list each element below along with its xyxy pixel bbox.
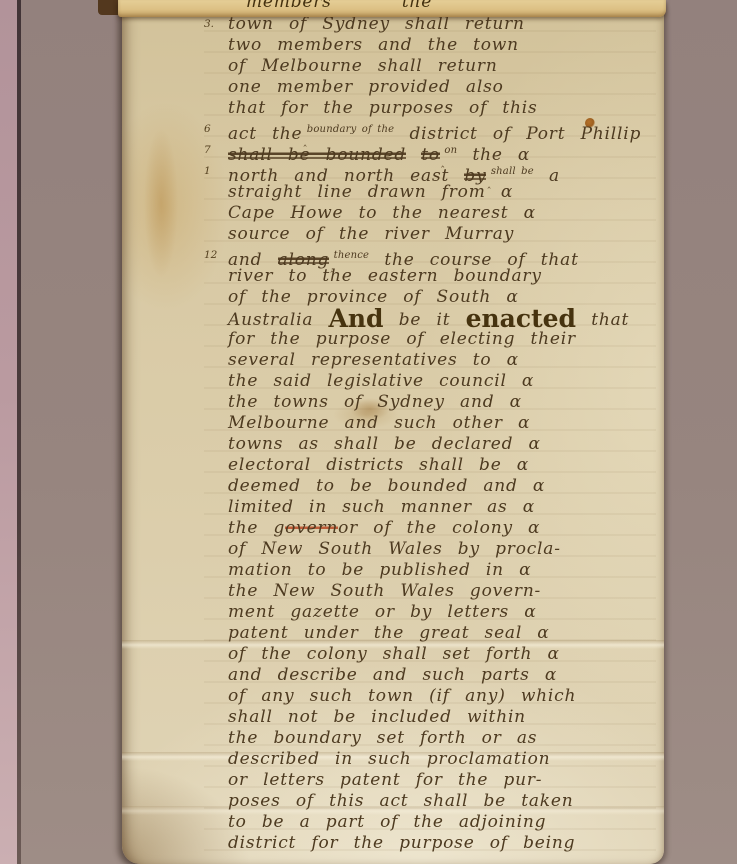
manuscript-line: 7shall be bounded to‸on the ɑ [204, 140, 656, 161]
line-text: straight line drawn from ɑ [228, 182, 656, 203]
margin-number: 1 [204, 164, 226, 178]
line-text-run: the g [228, 518, 285, 538]
line-text-run: several representatives to ɑ [228, 350, 519, 370]
manuscript-line: source of the river Murray [204, 224, 656, 245]
line-text-run: of the colony shall set forth ɑ [228, 644, 560, 664]
manuscript-line: 1north and north east by‸shall be a [204, 161, 656, 182]
manuscript-line: poses of this act shall be taken [204, 791, 656, 812]
line-text: electoral districts shall be ɑ [228, 455, 656, 476]
margin-number: 12 [204, 248, 226, 262]
manuscript-line: limited in such manner as ɑ [204, 497, 656, 518]
fold-partial-line: members the [246, 0, 432, 13]
line-text: poses of this act shall be taken [228, 791, 656, 812]
manuscript-line: one member provided also [204, 77, 656, 98]
line-text-run: of any such town (if any) which [228, 686, 576, 706]
line-text-run: Australia [228, 310, 328, 330]
line-text-run: patent under the great seal ɑ [228, 623, 550, 643]
line-text: the governor of the colony ɑ [228, 518, 656, 539]
line-text: limited in such manner as ɑ [228, 497, 656, 518]
manuscript-line: the governor of the colony ɑ [204, 518, 656, 539]
manuscript-line: Cape Howe to the nearest ɑ [204, 203, 656, 224]
line-text-run: ment gazette or by letters ɑ [228, 602, 537, 622]
manuscript-line: patent under the great seal ɑ [204, 623, 656, 644]
manuscript-line: that for the purposes of this [204, 98, 656, 119]
line-text: mation to be published in ɑ [228, 560, 656, 581]
interlinear-insertion: boundary of the [307, 124, 395, 135]
line-text-run: or of the colony ɑ [338, 518, 540, 538]
line-text: and describe and such parts ɑ [228, 665, 656, 686]
line-text: the New South Wales govern- [228, 581, 656, 602]
margin-number: 3. [204, 17, 226, 31]
line-text: of Melbourne shall return [228, 56, 656, 77]
manuscript-line: river to the eastern boundary [204, 266, 656, 287]
line-text-run: limited in such manner as ɑ [228, 497, 535, 517]
line-text-run: town of Sydney shall return [228, 14, 525, 34]
manuscript-line: and describe and such parts ɑ [204, 665, 656, 686]
manuscript-line: several representatives to ɑ [204, 350, 656, 371]
line-text: ment gazette or by letters ɑ [228, 602, 656, 623]
manuscript-line: ment gazette or by letters ɑ [204, 602, 656, 623]
manuscript-line: for the purpose of electing their [204, 329, 656, 350]
interlinear-insertion: shall be [491, 166, 534, 177]
line-text: river to the eastern boundary [228, 266, 656, 287]
line-text: of any such town (if any) which [228, 686, 656, 707]
manuscript-line: of New South Wales by procla- [204, 539, 656, 560]
line-text-run: be it [384, 310, 466, 330]
line-text: Melbourne and such other ɑ [228, 413, 656, 434]
line-text-run: the said legislative council ɑ [228, 371, 534, 391]
interlinear-insertion: on [444, 145, 457, 156]
line-text-run: towns as shall be declared ɑ [228, 434, 541, 454]
line-text: two members and the town [228, 35, 656, 56]
line-text: several representatives to ɑ [228, 350, 656, 371]
line-text-run: that [576, 310, 629, 330]
line-text: Australia And be it enacted that [228, 308, 656, 331]
red-struck-text: overn [285, 518, 338, 538]
manuscript-line: straight line drawn from ɑ [204, 182, 656, 203]
manuscript-line: deemed to be bounded and ɑ [204, 476, 656, 497]
line-text: towns as shall be declared ɑ [228, 434, 656, 455]
line-text-run: Cape Howe to the nearest ɑ [228, 203, 536, 223]
manuscript-line: shall not be included within [204, 707, 656, 728]
line-text-run: electoral districts shall be ɑ [228, 455, 529, 475]
manuscript-line: of any such town (if any) which [204, 686, 656, 707]
manuscript-line: Australia And be it enacted that [204, 308, 656, 329]
line-text-run: shall not be included within [228, 707, 526, 727]
line-text: the towns of Sydney and ɑ [228, 392, 656, 413]
manuscript-line: to be a part of the adjoining [204, 812, 656, 833]
manuscript-line: mation to be published in ɑ [204, 560, 656, 581]
manuscript-line: or letters patent for the pur- [204, 770, 656, 791]
line-text-run: mation to be published in ɑ [228, 560, 531, 580]
interlinear-insertion: thence [334, 250, 370, 261]
line-text-run: source of the river Murray [228, 224, 514, 244]
line-text-run: straight line drawn from ɑ [228, 182, 513, 202]
line-text-run: two members and the town [228, 35, 519, 55]
line-text: shall not be included within [228, 707, 656, 728]
manuscript-lines: 3.town of Sydney shall returntwo members… [204, 14, 656, 854]
parchment-fold-strip: members the [118, 0, 666, 17]
line-text-run: to be a part of the adjoining [228, 812, 546, 832]
manuscript-line: district for the purpose of being [204, 833, 656, 854]
line-text-run: the boundary set forth or as [228, 728, 537, 748]
line-text-run: the New South Wales govern- [228, 581, 541, 601]
margin-number: 6 [204, 122, 226, 136]
manuscript-line: 6act the‸boundary of the district of Por… [204, 119, 656, 140]
manuscript-line: of Melbourne shall return [204, 56, 656, 77]
manuscript-line: two members and the town [204, 35, 656, 56]
line-text-run: river to the eastern boundary [228, 266, 542, 286]
mat-edge-strip [0, 0, 17, 864]
line-text-run: described in such proclamation [228, 749, 550, 769]
line-text: deemed to be bounded and ɑ [228, 476, 656, 497]
manuscript-line: described in such proclamation [204, 749, 656, 770]
manuscript-line: of the province of South ɑ [204, 287, 656, 308]
margin-number: 7 [204, 143, 226, 157]
line-text: of the colony shall set forth ɑ [228, 644, 656, 665]
manuscript-line: the New South Wales govern- [204, 581, 656, 602]
line-text: or letters patent for the pur- [228, 770, 656, 791]
line-text-run: and describe and such parts ɑ [228, 665, 557, 685]
manuscript-line: Melbourne and such other ɑ [204, 413, 656, 434]
line-text: of New South Wales by procla- [228, 539, 656, 560]
line-text: that for the purposes of this [228, 98, 656, 119]
line-text: district for the purpose of being [228, 833, 656, 854]
line-text: one member provided also [228, 77, 656, 98]
line-text-run: the towns of Sydney and ɑ [228, 392, 522, 412]
manuscript-line: the said legislative council ɑ [204, 371, 656, 392]
manuscript-line: electoral districts shall be ɑ [204, 455, 656, 476]
line-text: Cape Howe to the nearest ɑ [228, 203, 656, 224]
parchment-page: 3.town of Sydney shall returntwo members… [122, 0, 664, 864]
manuscript-line: the boundary set forth or as [204, 728, 656, 749]
line-text-run: of New South Wales by procla- [228, 539, 561, 559]
line-text-run: of Melbourne shall return [228, 56, 498, 76]
line-text: the said legislative council ɑ [228, 371, 656, 392]
manuscript-line: of the colony shall set forth ɑ [204, 644, 656, 665]
line-text-run: one member provided also [228, 77, 504, 97]
manuscript-line: 3.town of Sydney shall return [204, 14, 656, 35]
stain-mark [144, 128, 178, 278]
line-text: described in such proclamation [228, 749, 656, 770]
line-text: town of Sydney shall return [228, 14, 656, 35]
line-text-run: Melbourne and such other ɑ [228, 413, 530, 433]
line-text-run: that for the purposes of this [228, 98, 538, 118]
manuscript-line: towns as shall be declared ɑ [204, 434, 656, 455]
line-text: to be a part of the adjoining [228, 812, 656, 833]
line-text: source of the river Murray [228, 224, 656, 245]
line-text-run: or letters patent for the pur- [228, 770, 542, 790]
line-text: of the province of South ɑ [228, 287, 656, 308]
mat-divider-line [17, 0, 21, 864]
line-text-run: for the purpose of electing their [228, 329, 576, 349]
line-text: for the purpose of electing their [228, 329, 656, 350]
manuscript-line: 12and along‸thence the course of that [204, 245, 656, 266]
line-text-run: district for the purpose of being [228, 833, 575, 853]
manuscript-line: the towns of Sydney and ɑ [204, 392, 656, 413]
line-text-run: poses of this act shall be taken [228, 791, 574, 811]
line-text: the boundary set forth or as [228, 728, 656, 749]
line-text: patent under the great seal ɑ [228, 623, 656, 644]
line-text-run: deemed to be bounded and ɑ [228, 476, 545, 496]
